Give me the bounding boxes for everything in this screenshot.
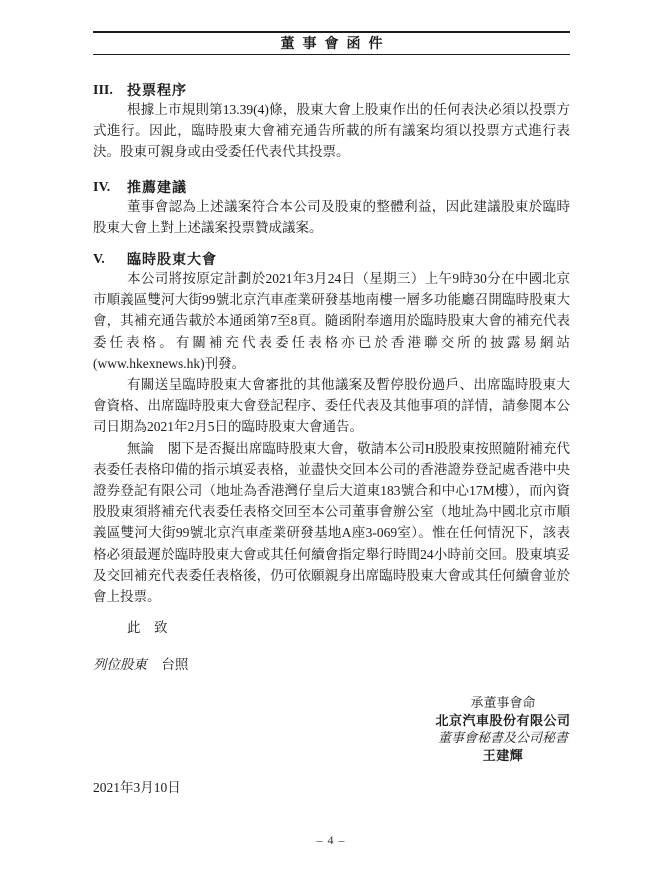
section-number: V. — [93, 251, 127, 268]
page-content: 董事會函件 III. 投票程序 根據上市規則第13.39(4)條，股東大會上股東… — [93, 31, 570, 797]
paragraph-voting-procedure: 根據上市規則第13.39(4)條，股東大會上股東作出的任何表決必須以投票方式進行… — [93, 99, 570, 163]
signature-role: 董事會秘書及公司秘書 — [413, 729, 593, 747]
closing-addressee-suffix: 台照 — [161, 657, 188, 672]
section-title: 投票程序 — [127, 82, 187, 99]
paragraph-egm-notice-reference: 有關送呈臨時股東大會審批的其他議案及暫停股份過戶、出席臨時股東大會資格、出席臨時… — [93, 374, 570, 438]
closing-addressee-line: 列位股東 台照 — [93, 654, 570, 675]
paragraph-egm-arrangement: 本公司將按原定計劃於2021年3月24日（星期三）上午9時30分在中國北京市順義… — [93, 268, 570, 374]
section-heading-egm: V. 臨時股東大會 — [93, 251, 570, 268]
letter-header-band: 董事會函件 — [93, 31, 570, 55]
paragraph-proxy-form-instructions: 無論 閣下是否擬出席臨時股東大會，敬請本公司H股股東按照隨附補充代表委任表格印備… — [93, 438, 570, 608]
document-date: 2021年3月10日 — [93, 779, 570, 797]
signature-block: 承董事會命 北京汽車股份有限公司 董事會秘書及公司秘書 王建輝 — [413, 694, 593, 764]
signature-company-name: 北京汽車股份有限公司 — [413, 712, 593, 730]
signature-secretary-name: 王建輝 — [413, 747, 593, 765]
paragraph-recommendation: 董事會認為上述議案符合本公司及股東的整體利益，因此建議股東於臨時股東大會上對上述… — [93, 196, 570, 238]
closing-salute: 此 致 — [93, 617, 570, 638]
section-title: 推薦建議 — [127, 179, 187, 196]
letter-header-title: 董事會函件 — [273, 35, 391, 51]
document-page: 董事會函件 III. 投票程序 根據上市規則第13.39(4)條，股東大會上股東… — [0, 0, 662, 882]
section-title: 臨時股東大會 — [127, 251, 217, 268]
page-number: – 4 – — [0, 833, 662, 848]
section-heading-voting-procedure: III. 投票程序 — [93, 82, 570, 99]
signature-by-order: 承董事會命 — [413, 694, 593, 712]
section-number: III. — [93, 82, 127, 99]
closing-addressee: 列位股東 — [93, 657, 147, 672]
section-heading-recommendation: IV. 推薦建議 — [93, 179, 570, 196]
section-number: IV. — [93, 179, 127, 196]
